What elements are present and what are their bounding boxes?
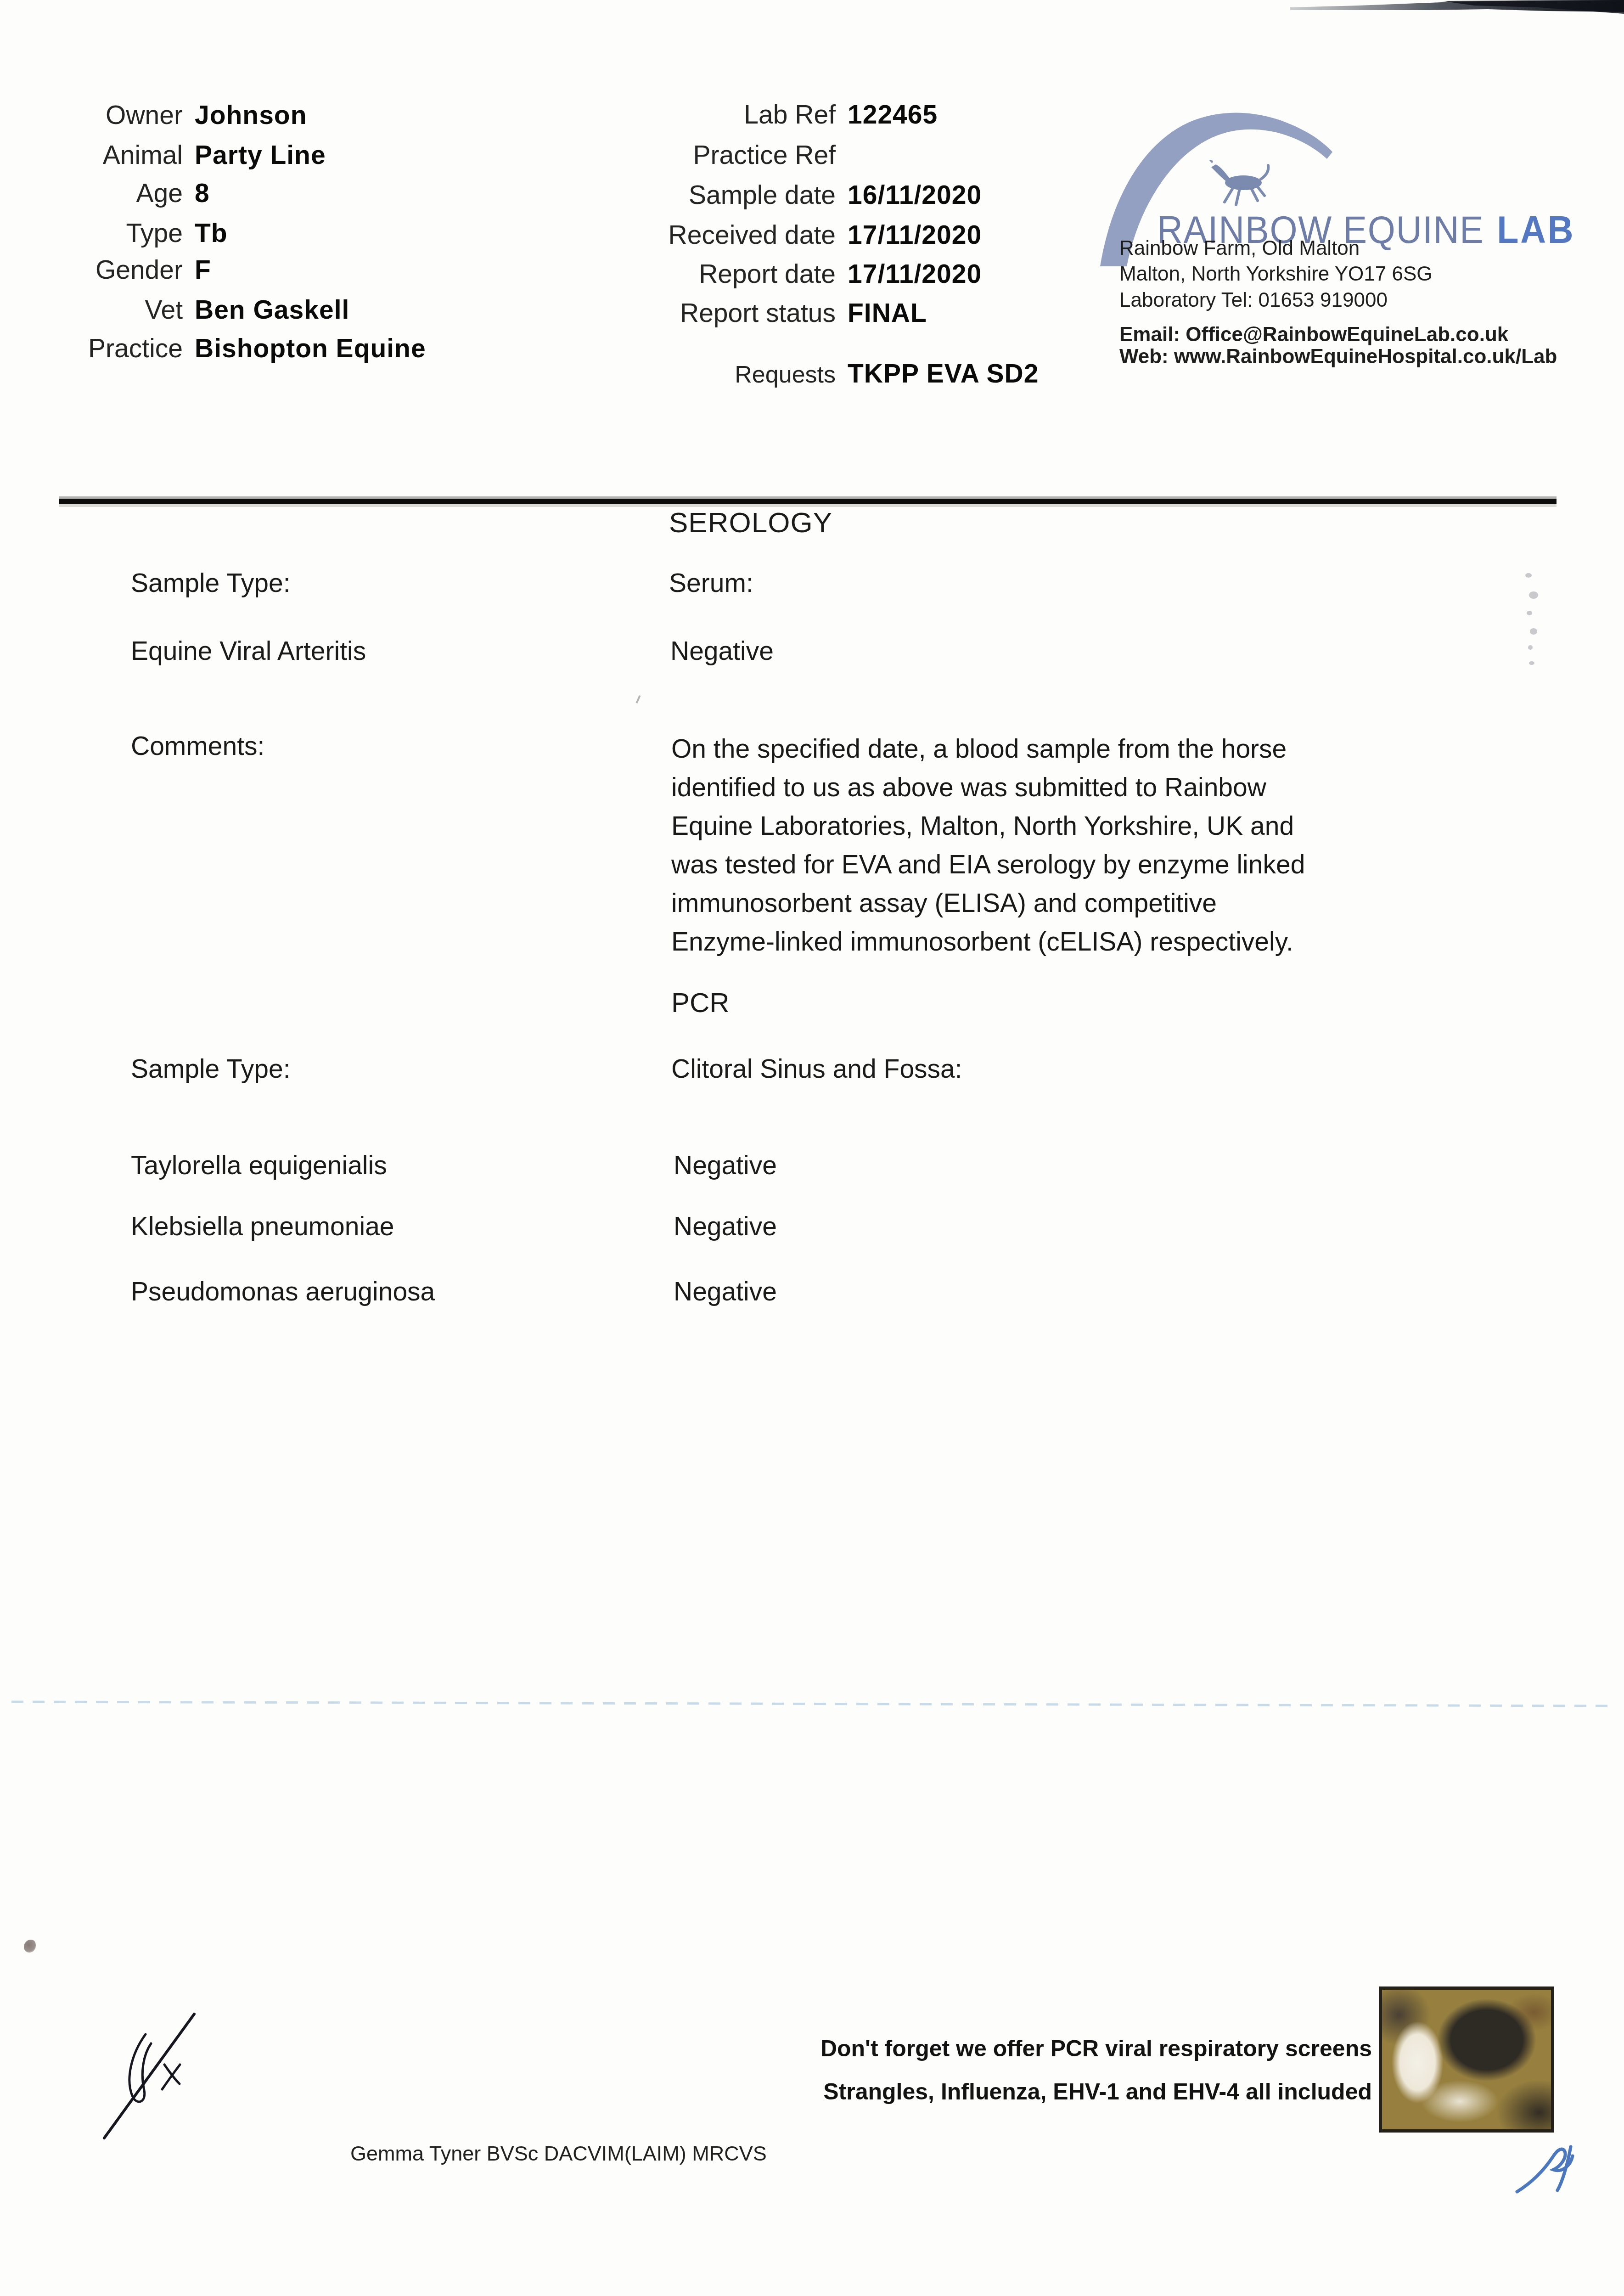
report-row: Lab Ref122465 xyxy=(611,97,938,132)
pcr-test-name: Klebsiella pneumoniae xyxy=(131,1211,394,1242)
scan-stray-mark xyxy=(636,695,641,703)
comments-line: Enzyme-linked immunosorbent (cELISA) res… xyxy=(671,923,1305,961)
logo-lab-text: LAB xyxy=(1497,208,1575,251)
report-row: Received date17/11/2020 xyxy=(611,218,982,253)
ink-blot-artifact xyxy=(24,1940,36,1953)
section-divider-rule xyxy=(59,499,1557,504)
promo-line2: Strangles, Influenza, EHV-1 and EHV-4 al… xyxy=(689,2078,1372,2105)
horse-silhouette-icon xyxy=(1209,160,1262,190)
age-label: Age xyxy=(28,176,183,211)
blue-initials-mark xyxy=(1511,2138,1584,2202)
pcr-heading: PCR xyxy=(671,987,730,1019)
owner-value: Johnson xyxy=(195,101,307,130)
comments-line: immunosorbent assay (ELISA) and competit… xyxy=(671,884,1305,923)
scan-smudge-artifact xyxy=(1290,0,1624,21)
practice-value: Bishopton Equine xyxy=(195,334,426,363)
scan-speck xyxy=(1529,661,1534,665)
comments-paragraph: On the specified date, a blood sample fr… xyxy=(671,730,1305,961)
comments-line: On the specified date, a blood sample fr… xyxy=(671,730,1305,768)
lab-address-line2: Malton, North Yorkshire YO17 6SG xyxy=(1119,263,1433,286)
sample-date-value: 16/11/2020 xyxy=(848,180,982,210)
received-date-value: 17/11/2020 xyxy=(848,220,982,250)
pcr-test-name: Taylorella equigenialis xyxy=(131,1150,387,1181)
signatory-name: Gemma Tyner BVSc DACVIM(LAIM) MRCVS xyxy=(350,2142,767,2166)
vet-label: Vet xyxy=(28,293,183,327)
scan-line-artifact xyxy=(11,1700,1614,1707)
report-row: Report date17/11/2020 xyxy=(611,257,982,292)
patient-row: GenderF xyxy=(28,253,211,287)
practice-ref-label: Practice Ref xyxy=(611,138,836,173)
vet-value: Ben Gaskell xyxy=(195,295,349,325)
serology-test-name: Equine Viral Arteritis xyxy=(131,636,366,666)
scan-speck xyxy=(1525,573,1532,578)
report-status-label: Report status xyxy=(611,296,836,331)
patient-row: OwnerJohnson xyxy=(28,98,307,133)
scan-speck xyxy=(1528,645,1533,650)
comments-label: Comments: xyxy=(131,731,264,761)
requests-value: TKPP EVA SD2 xyxy=(848,359,1039,388)
received-date-label: Received date xyxy=(611,218,836,253)
report-date-label: Report date xyxy=(611,257,836,292)
type-label: Type xyxy=(28,216,183,251)
comments-line: was tested for EVA and EIA serology by e… xyxy=(671,845,1305,884)
patient-row: TypeTb xyxy=(28,216,228,251)
patient-row: VetBen Gaskell xyxy=(28,293,349,327)
animal-value: Party Line xyxy=(195,141,326,170)
serology-test-result: Negative xyxy=(670,636,774,666)
scan-speck xyxy=(1530,628,1537,635)
report-row: Sample date16/11/2020 xyxy=(611,178,982,213)
pcr-test-result: Negative xyxy=(674,1211,777,1242)
practice-label: Practice xyxy=(28,331,183,366)
lab-web-line: Web: www.RainbowEquineHospital.co.uk/Lab xyxy=(1119,345,1557,368)
patient-row: PracticeBishopton Equine xyxy=(28,331,426,366)
serology-sample-type-label: Sample Type: xyxy=(131,568,290,598)
scan-speck xyxy=(1529,591,1538,599)
pcr-sample-type-label: Sample Type: xyxy=(131,1054,290,1084)
age-value: 8 xyxy=(195,179,210,208)
serology-heading: SEROLOGY xyxy=(669,506,832,539)
sample-date-label: Sample date xyxy=(611,178,836,213)
owner-label: Owner xyxy=(28,98,183,133)
lab-address-line1: Rainbow Farm, Old Malton xyxy=(1119,237,1360,260)
lab-ref-value: 122465 xyxy=(848,100,938,129)
serology-sample-type-value: Serum: xyxy=(669,568,753,598)
patient-row: Age8 xyxy=(28,176,210,211)
comments-line: identified to us as above was submitted … xyxy=(671,768,1305,807)
requests-label: Requests xyxy=(611,357,836,392)
requests-row: RequestsTKPP EVA SD2 xyxy=(611,356,1039,392)
scan-speck xyxy=(1527,611,1532,615)
report-status-value: FINAL xyxy=(848,298,927,328)
lab-report-page: OwnerJohnson AnimalParty Line Age8 TypeT… xyxy=(0,0,1624,2296)
animal-label: Animal xyxy=(28,138,183,173)
gender-label: Gender xyxy=(28,253,183,287)
vet-signature xyxy=(90,2010,209,2148)
lab-ref-label: Lab Ref xyxy=(611,97,836,132)
pcr-test-name: Pseudomonas aeruginosa xyxy=(131,1277,435,1307)
type-value: Tb xyxy=(195,219,228,248)
patient-row: AnimalParty Line xyxy=(28,138,326,173)
pcr-test-result: Negative xyxy=(674,1150,777,1181)
gender-value: F xyxy=(195,255,211,285)
lab-email-line: Email: Office@RainbowEquineLab.co.uk xyxy=(1119,323,1508,346)
report-date-value: 17/11/2020 xyxy=(848,259,982,289)
lab-phone-line: Laboratory Tel: 01653 919000 xyxy=(1119,289,1388,312)
report-row: Practice Ref xyxy=(611,138,848,173)
pcr-test-result: Negative xyxy=(674,1277,777,1307)
pcr-sample-type-value: Clitoral Sinus and Fossa: xyxy=(671,1054,962,1084)
horses-photo xyxy=(1379,1986,1554,2133)
comments-line: Equine Laboratories, Malton, North Yorks… xyxy=(671,807,1305,845)
promo-line1: Don't forget we offer PCR viral respirat… xyxy=(689,2035,1372,2062)
report-row: Report statusFINAL xyxy=(611,296,927,331)
